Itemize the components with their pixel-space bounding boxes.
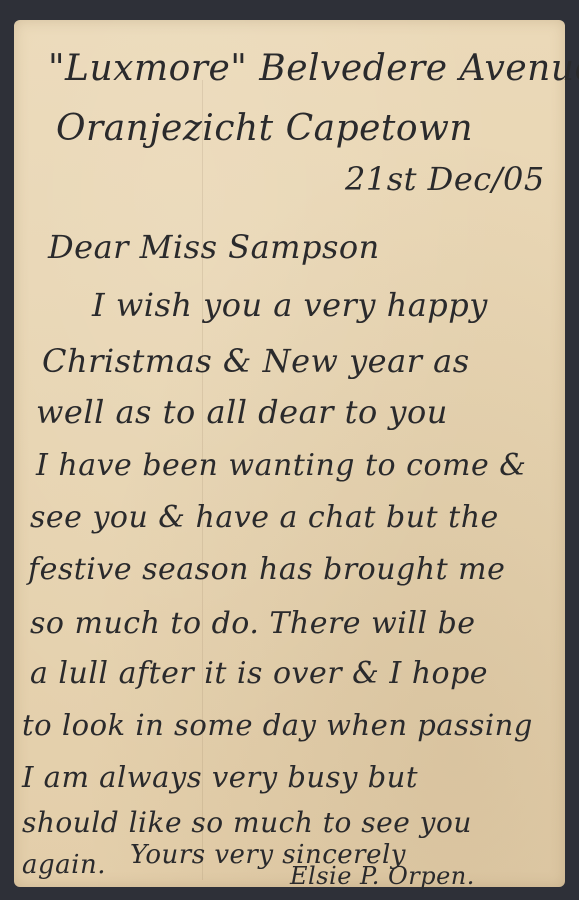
body-line-11: should like so much to see you <box>22 806 472 839</box>
address-line-2: Oranjezicht Capetown <box>56 108 473 149</box>
body-line-10: I am always very busy but <box>22 760 418 794</box>
body-line-7: so much to do. There will be <box>30 606 476 641</box>
body-line-6: festive season has brought me <box>28 552 505 587</box>
signature: Elsie P. Orpen. <box>290 862 475 890</box>
address-line-1: "Luxmore" Belvedere Avenue <box>48 48 579 89</box>
body-line-12: again. <box>22 850 106 880</box>
body-line-5: see you & have a chat but the <box>30 500 499 535</box>
salutation: Dear Miss Sampson <box>48 228 380 266</box>
body-line-4: I have been wanting to come & <box>36 448 526 483</box>
body-line-2: Christmas & New year as <box>42 342 470 380</box>
body-line-8: a lull after it is over & I hope <box>30 656 488 691</box>
body-line-3: well as to all dear to you <box>36 393 448 431</box>
date: 21st Dec/05 <box>345 160 545 198</box>
body-line-1: I wish you a very happy <box>92 286 488 324</box>
body-line-9: to look in some day when passing <box>22 708 533 742</box>
